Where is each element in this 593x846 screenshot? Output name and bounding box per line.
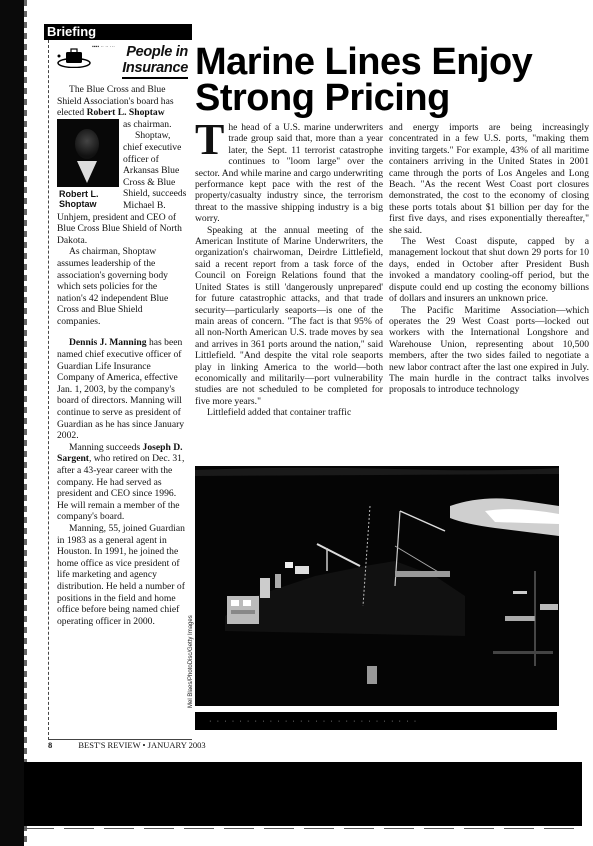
sidebar-paragraph: Manning succeeds Joseph D. Sargent, who …: [57, 442, 188, 523]
sidebar-body: The Blue Cross and Blue Shield Associati…: [49, 84, 192, 627]
sidebar-title: People in Insurance: [122, 44, 188, 79]
article-column-1: The head of a U.S. marine underwriters t…: [195, 122, 383, 419]
caption-line: Robert L.: [59, 189, 119, 199]
briefcase-icon: [57, 48, 91, 68]
page-number: 8: [48, 740, 52, 750]
photo-caption-bar: · · · · · · · · · · · · · · · · · · · · …: [195, 712, 557, 730]
section-label: Briefing: [44, 24, 192, 40]
caption-line: Shoptaw: [59, 199, 119, 209]
article-paragraph: The Pacific Maritime Association—which o…: [389, 305, 589, 396]
headline-line1: Marine Lines Enjoy: [195, 44, 590, 80]
headshot-caption: Robert L. Shoptaw: [57, 187, 119, 209]
article-paragraph: and energy imports are being increasingl…: [389, 122, 589, 236]
text: has been named chief executive officer o…: [57, 337, 184, 441]
sidebar-paragraph: The Blue Cross and Blue Shield Associati…: [57, 84, 188, 119]
sidebar-paragraph: Manning, 55, joined Guardian in 1983 as …: [57, 523, 188, 627]
spacer: [57, 327, 188, 337]
ship-illustration: [195, 466, 559, 706]
scan-edge: [0, 0, 24, 846]
article-column-2: and energy imports are being increasingl…: [389, 122, 589, 396]
page-footer: 8 BEST'S REVIEW • JANUARY 2003: [48, 740, 206, 750]
person-name: Dennis J. Manning: [69, 337, 147, 348]
headshot-photo: [57, 119, 119, 187]
headshot-collar: [77, 161, 97, 183]
article-paragraph: The head of a U.S. marine underwriters t…: [195, 122, 383, 225]
text: As chairman, Shoptaw assumes leadership …: [57, 246, 168, 327]
scan-bottom-band: [24, 762, 582, 826]
scan-bottom-rule: [24, 828, 584, 829]
article-paragraph: Speaking at the annual meeting of the Am…: [195, 225, 383, 408]
text: as chairman.: [123, 119, 171, 130]
headline-line2: Strong Pricing: [195, 80, 590, 116]
headshot-figure: Robert L. Shoptaw: [57, 119, 119, 209]
article-paragraph: The West Coast dispute, capped by a mana…: [389, 236, 589, 304]
article-headline: Marine Lines Enjoy Strong Pricing: [195, 44, 590, 116]
sidebar-paragraph: Dennis J. Manning has been named chief e…: [57, 337, 188, 441]
person-name: Robert L. Shoptaw: [87, 107, 165, 118]
sidebar-title-line2: Insurance: [122, 60, 188, 79]
publication-line: BEST'S REVIEW • JANUARY 2003: [78, 740, 205, 750]
article-paragraph: Littlefield added that container traffic: [195, 407, 383, 418]
sidebar-header-decoration: ▪▪▪▪ ·· ·· ···: [92, 44, 115, 50]
credit-text: Mel Blaes/PhotoDisc/Getty Images: [188, 598, 194, 708]
sidebar-header: ▪▪▪▪ ·· ·· ··· People in Insurance: [49, 40, 192, 84]
headshot-face: [75, 129, 99, 159]
container-ship-photo: [195, 466, 559, 706]
sidebar-title-line1: People in: [126, 44, 188, 60]
text: Manning, 55, joined Guardian in 1983 as …: [57, 523, 185, 627]
text: Manning succeeds: [69, 442, 143, 453]
sidebar-paragraph: As chairman, Shoptaw assumes leadership …: [57, 246, 188, 327]
drop-cap: T: [195, 121, 228, 157]
people-in-insurance-sidebar: ▪▪▪▪ ·· ·· ··· People in Insurance The B…: [48, 40, 192, 740]
